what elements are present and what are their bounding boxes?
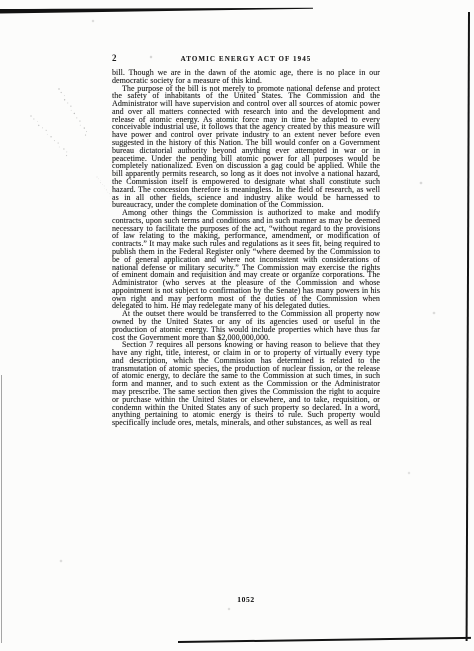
running-title: ATOMIC ENERGY ACT OF 1945 (112, 53, 380, 63)
page-header: 2 ATOMIC ENERGY ACT OF 1945 (112, 53, 380, 65)
pencil-smudge (58, 88, 61, 91)
body-paragraph: At the outset there would be transferred… (112, 310, 380, 341)
footer-page-number: 1052 (237, 595, 254, 604)
body-paragraph: Section 7 requires all persons knowing o… (112, 341, 380, 427)
scan-edge-line-right (465, 12, 469, 641)
scan-edge-line-top (0, 6, 313, 14)
header-page-number: 2 (112, 53, 117, 63)
body-paragraph: bill. Though we are in the dawn of the a… (112, 69, 380, 85)
scan-edge-line-bottom (178, 637, 471, 643)
body-paragraph: Among other things the Commission is aut… (112, 209, 380, 310)
scan-edge-line-left (1, 375, 2, 643)
page-footer: 1052 (112, 589, 380, 607)
pencil-smudge (30, 115, 33, 118)
body-text: bill. Though we are in the dawn of the a… (112, 69, 380, 427)
scanned-page: 2 ATOMIC ENERGY ACT OF 1945 bill. Though… (0, 0, 474, 651)
pencil-smudge (96, 176, 97, 177)
scan-specks (0, 0, 2, 2)
body-paragraph: The purpose of the bill is not merely to… (112, 85, 380, 210)
